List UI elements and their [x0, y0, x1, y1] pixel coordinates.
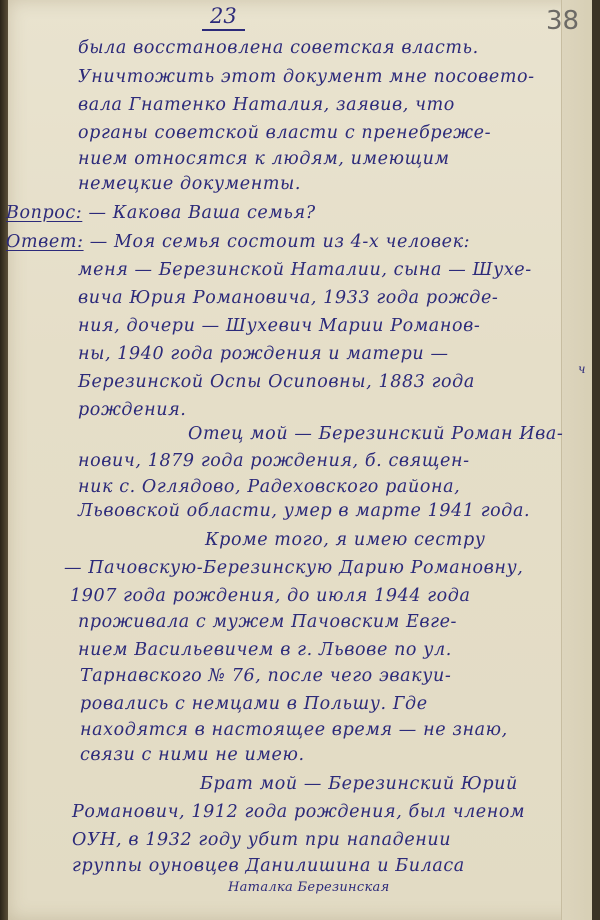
answer-first-line: — Моя семья состоит из 4-х человек: [90, 232, 470, 252]
text-line: находятся в настоящее время — не знаю, [80, 722, 508, 740]
signature: Наталка Березинская [228, 880, 389, 895]
text-line: меня — Березинской Наталии, сына — Шухе- [78, 262, 532, 280]
text-line: Романович, 1912 года рождения, был члено… [72, 804, 525, 822]
text-line: органы советской власти с пренебреже- [78, 125, 491, 143]
question-label: Вопрос: [6, 203, 82, 223]
text-line: нием Васильевичем в г. Львове по ул. [78, 642, 452, 660]
text-line: Уничтожить этот документ мне посовето- [78, 69, 535, 87]
page-edge [561, 0, 592, 920]
text-line: — Пачовскую-Березинскую Дарию Романовну, [64, 560, 523, 578]
question-text: — Какова Ваша семья? [88, 203, 315, 223]
text-line: ния, дочери — Шухевич Марии Романов- [78, 318, 480, 336]
text-line: немецкие документы. [78, 176, 301, 194]
answer-row: Ответ: — Моя семья состоит из 4-х челове… [6, 234, 470, 252]
text-line: проживала с мужем Пачовским Евге- [78, 614, 457, 632]
text-line: ровались с немцами в Польшу. Где [80, 696, 428, 714]
text-line: Березинской Оспы Осиповны, 1883 года [78, 374, 475, 392]
page-number: 23 [202, 4, 245, 31]
margin-mark: ч [578, 362, 585, 376]
archive-folio-number: 38 [546, 6, 579, 36]
text-line: вала Гнатенко Наталия, заявив, что [78, 97, 455, 115]
text-line: ник с. Оглядово, Радеховского района, [78, 479, 460, 497]
text-line: 1907 года рождения, до июля 1944 года [70, 588, 471, 606]
answer-label: Ответ: [6, 232, 84, 252]
text-line: ны, 1940 года рождения и матери — [78, 346, 449, 364]
text-line: Львовской области, умер в марте 1941 год… [78, 503, 530, 521]
text-line: группы оуновцев Данилишина и Биласа [72, 858, 465, 876]
text-line: была восстановлена советская власть. [78, 40, 479, 58]
text-line: Тарнавского № 76, после чего эвакуи- [80, 668, 451, 686]
binding-edge [0, 0, 8, 920]
text-line: нович, 1879 года рождения, б. священ- [78, 453, 470, 471]
question-row: Вопрос: — Какова Ваша семья? [6, 205, 316, 223]
text-line: ОУН, в 1932 году убит при нападении [72, 832, 451, 850]
text-line: рождения. [78, 402, 186, 420]
text-line: Брат мой — Березинский Юрий [200, 776, 518, 794]
text-line: Кроме того, я имею сестру [205, 532, 486, 550]
text-line: нием относятся к людям, имеющим [78, 151, 450, 169]
text-line: вича Юрия Романовича, 1933 года рожде- [78, 290, 498, 308]
text-line: связи с ними не имею. [80, 747, 305, 765]
text-line: Отец мой — Березинский Роман Ива- [188, 426, 563, 444]
